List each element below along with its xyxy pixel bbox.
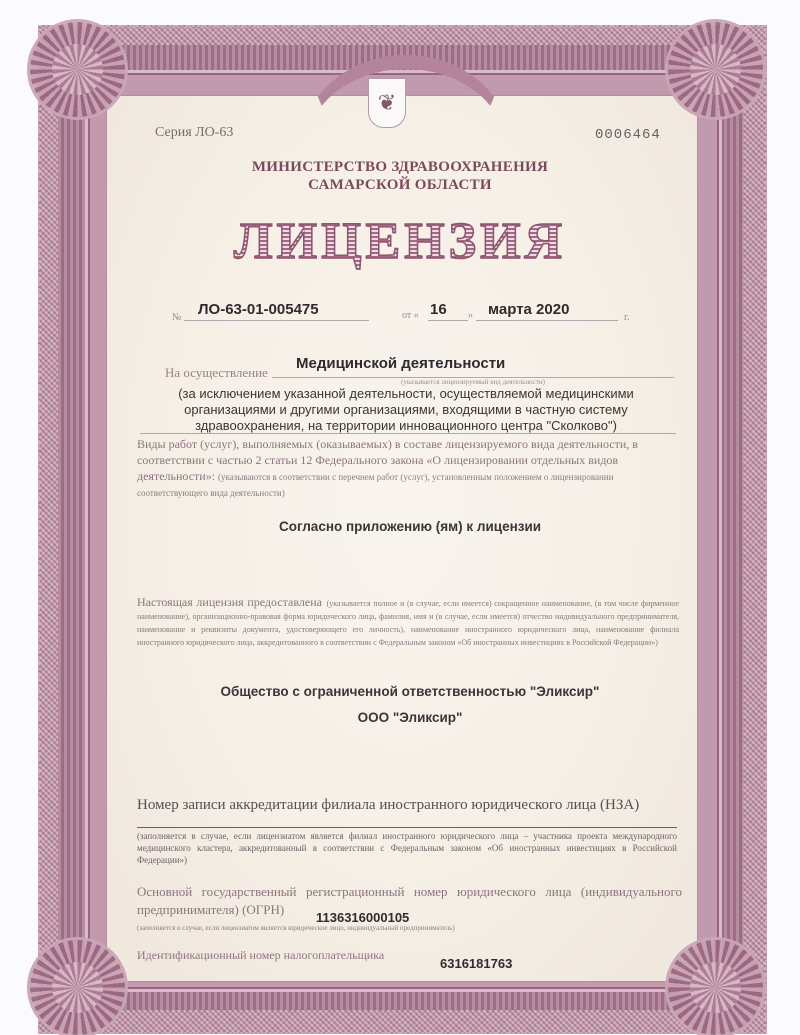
license-number: ЛО-63-01-005475 — [198, 301, 319, 318]
date-day-underline — [428, 320, 468, 321]
corner-rosette-top-left — [30, 22, 125, 117]
activity-exclusion: (за исключением указанной деятельности, … — [132, 386, 680, 434]
date-suffix: г. — [624, 312, 629, 323]
grantee-label: Настоящая лицензия предоставлена (указыв… — [137, 596, 679, 648]
grantee-label-text: Настоящая лицензия предоставлена — [137, 595, 322, 609]
ogrn-value: 1136316000105 — [316, 910, 409, 925]
number-underline — [184, 320, 369, 321]
date-from-label: от « — [402, 310, 419, 321]
issuing-authority: МИНИСТЕРСТВО ЗДРАВООХРАНЕНИЯ САМАРСКОЙ О… — [200, 158, 600, 194]
number-prefix: № — [172, 312, 182, 323]
date-day: 16 — [430, 301, 447, 318]
ministry-line-1: МИНИСТЕРСТВО ЗДРАВООХРАНЕНИЯ — [200, 158, 600, 176]
ogrn-label: Основной государственный регистрационный… — [137, 883, 682, 919]
corner-rosette-bottom-right — [668, 940, 763, 1035]
works-value: Согласно приложению (ям) к лицензии — [130, 519, 690, 534]
document-title: ЛИЦЕНЗИЯ — [150, 212, 650, 271]
ministry-line-2: САМАРСКОЙ ОБЛАСТИ — [200, 176, 600, 194]
ogrn-hint: (заполняется в случае, если лицензиатом … — [137, 924, 455, 932]
coat-of-arms-icon: ❦ — [368, 78, 406, 128]
corner-rosette-top-right — [668, 22, 763, 117]
grantee-full-name: Общество с ограниченной ответственностью… — [130, 684, 690, 699]
grantee-short-name: ООО "Эликсир" — [130, 710, 690, 725]
inn-value: 6316181763 — [440, 956, 512, 971]
serial-number: 0006464 — [595, 127, 661, 143]
activity-hint: (указывается лицензируемый вид деятельно… — [272, 378, 674, 386]
nza-label: Номер записи аккредитации филиала иностр… — [137, 797, 639, 814]
nza-underline — [137, 827, 677, 828]
scan-margin — [778, 0, 800, 1035]
works-label: Виды работ (услуг), выполняемых (оказыва… — [137, 436, 677, 500]
date-month-year: марта 2020 — [488, 301, 569, 318]
date-month-underline — [476, 320, 618, 321]
inn-label: Идентификационный номер налогоплательщик… — [137, 948, 384, 963]
series-label: Серия ЛО-63 — [155, 125, 233, 141]
exclusion-underline — [140, 433, 676, 434]
activity-label: На осуществление — [165, 365, 268, 381]
corner-rosette-bottom-left — [30, 940, 125, 1035]
nza-hint: (заполняется в случае, если лицензиатом … — [137, 830, 677, 866]
activity-value: Медицинской деятельности — [296, 355, 505, 372]
date-close-quote: » — [468, 310, 473, 321]
